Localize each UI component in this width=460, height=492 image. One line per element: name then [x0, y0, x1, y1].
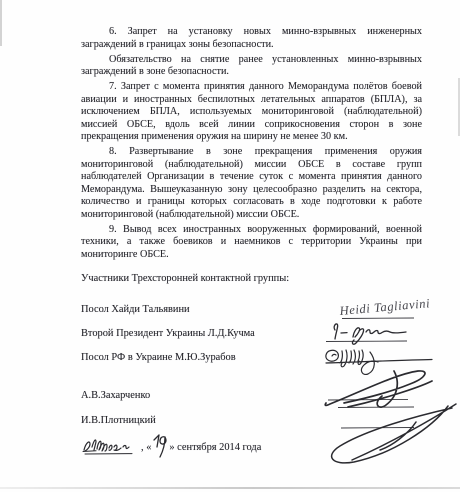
clause-7: 7. Запрет с момента принятия данного Мем… — [81, 81, 422, 144]
signature-line-tagliavini — [342, 318, 414, 319]
signature-tagliavini-handwriting: Heidi Tagliavini — [338, 296, 431, 318]
clause-8: 8. Развертывание в зоне прекращения прим… — [81, 146, 422, 221]
date-suffix: » сентября 2014 года — [169, 442, 261, 454]
scan-edge-artifact-left — [0, 0, 2, 46]
signatory-kuchma: Второй Президент Украины Л.Д.Кучма — [81, 328, 255, 340]
signatory-zakharchenko: А.В.Захарченко — [81, 390, 150, 402]
signature-line-plotnitsky — [341, 428, 414, 429]
memorandum-clauses: 6. Запрет на установку новых минно-взрыв… — [81, 26, 422, 264]
date-line: , « » сентября 2014 года — [82, 432, 261, 459]
document-page: 6. Запрет на установку новых минно-взрыв… — [0, 0, 460, 492]
signature-line-kuchma — [326, 341, 407, 342]
handwritten-place-signature — [82, 435, 140, 459]
participants-heading: Участники Трехсторонней контактной групп… — [81, 273, 289, 285]
signature-zakharchenko-scribble — [325, 371, 432, 407]
signatory-plotnitsky: И.В.Плотницкий — [81, 415, 156, 427]
signatures-overlay: Heidi Tagliavini — [296, 294, 460, 492]
signature-plotnitsky-scribble — [332, 404, 456, 463]
clause-6-obligation: Обязательство на снятие ранее установлен… — [81, 54, 422, 79]
clause-9: 9. Вывод всех иностранных вооруженных фо… — [81, 224, 422, 262]
signatory-tagliavini: Посол Хайди Тальявини — [81, 304, 190, 316]
handwritten-day-19 — [152, 432, 168, 459]
date-prefix: , « — [141, 442, 151, 454]
clause-6: 6. Запрет на установку новых минно-взрыв… — [81, 26, 422, 51]
signatory-zurabov: Посол РФ в Украине М.Ю.Зурабов — [81, 352, 236, 364]
